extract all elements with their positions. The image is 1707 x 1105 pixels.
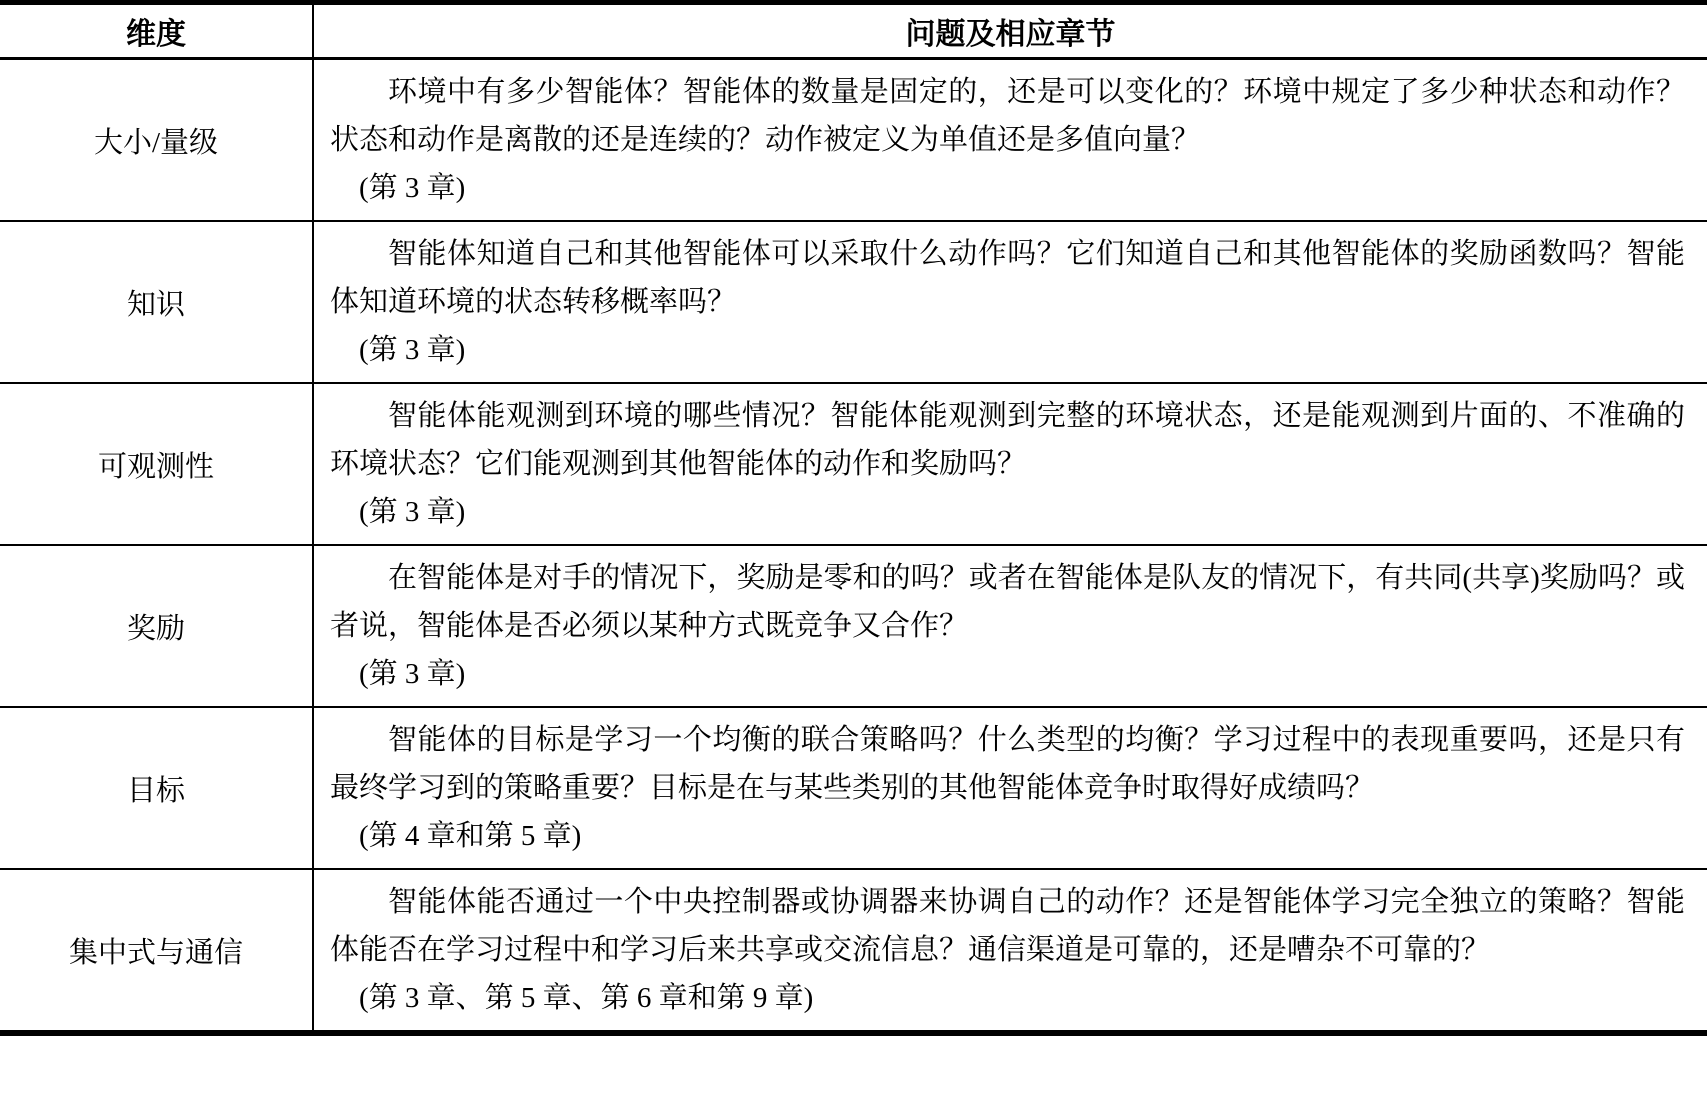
book-page: 维度 问题及相应章节 大小/量级 环境中有多少智能体？智能体的数量是固定的，还是… [0,0,1707,1105]
table-row: 大小/量级 环境中有多少智能体？智能体的数量是固定的，还是可以变化的？环境中规定… [0,59,1707,222]
chapter-reference: (第 3 章、第 5 章、第 6 章和第 9 章) [330,974,1685,1022]
dimension-cell: 奖励 [0,545,313,707]
chapter-reference: (第 3 章) [330,488,1685,536]
table-row: 可观测性 智能体能观测到环境的哪些情况？智能体能观测到完整的环境状态，还是能观测… [0,383,1707,545]
header-questions: 问题及相应章节 [313,3,1707,59]
table-row: 集中式与通信 智能体能否通过一个中央控制器或协调器来协调自己的动作？还是智能体学… [0,869,1707,1033]
question-text: 环境中有多少智能体？智能体的数量是固定的，还是可以变化的？环境中规定了多少种状态… [330,68,1685,164]
table-row: 知识 智能体知道自己和其他智能体可以采取什么动作吗？它们知道自己和其他智能体的奖… [0,221,1707,383]
question-text: 智能体能否通过一个中央控制器或协调器来协调自己的动作？还是智能体学习完全独立的策… [330,878,1685,974]
dimension-cell: 知识 [0,221,313,383]
question-cell: 智能体能观测到环境的哪些情况？智能体能观测到完整的环境状态，还是能观测到片面的、… [313,383,1707,545]
dimension-cell: 集中式与通信 [0,869,313,1033]
question-text: 智能体知道自己和其他智能体可以采取什么动作吗？它们知道自己和其他智能体的奖励函数… [330,230,1685,326]
chapter-reference: (第 3 章) [330,164,1685,212]
header-row: 维度 问题及相应章节 [0,3,1707,59]
question-cell: 智能体知道自己和其他智能体可以采取什么动作吗？它们知道自己和其他智能体的奖励函数… [313,221,1707,383]
question-text: 智能体能观测到环境的哪些情况？智能体能观测到完整的环境状态，还是能观测到片面的、… [330,392,1685,488]
question-cell: 环境中有多少智能体？智能体的数量是固定的，还是可以变化的？环境中规定了多少种状态… [313,59,1707,222]
chapter-reference: (第 4 章和第 5 章) [330,812,1685,860]
question-cell: 智能体能否通过一个中央控制器或协调器来协调自己的动作？还是智能体学习完全独立的策… [313,869,1707,1033]
table-row: 目标 智能体的目标是学习一个均衡的联合策略吗？什么类型的均衡？学习过程中的表现重… [0,707,1707,869]
dimension-cell: 目标 [0,707,313,869]
question-cell: 在智能体是对手的情况下，奖励是零和的吗？或者在智能体是队友的情况下，有共同(共享… [313,545,1707,707]
question-text: 智能体的目标是学习一个均衡的联合策略吗？什么类型的均衡？学习过程中的表现重要吗，… [330,716,1685,812]
dimension-cell: 大小/量级 [0,59,313,222]
dimensions-questions-table: 维度 问题及相应章节 大小/量级 环境中有多少智能体？智能体的数量是固定的，还是… [0,0,1707,1036]
dimension-cell: 可观测性 [0,383,313,545]
table-row: 奖励 在智能体是对手的情况下，奖励是零和的吗？或者在智能体是队友的情况下，有共同… [0,545,1707,707]
chapter-reference: (第 3 章) [330,326,1685,374]
question-text: 在智能体是对手的情况下，奖励是零和的吗？或者在智能体是队友的情况下，有共同(共享… [330,554,1685,650]
question-cell: 智能体的目标是学习一个均衡的联合策略吗？什么类型的均衡？学习过程中的表现重要吗，… [313,707,1707,869]
chapter-reference: (第 3 章) [330,650,1685,698]
header-dimension: 维度 [0,3,313,59]
